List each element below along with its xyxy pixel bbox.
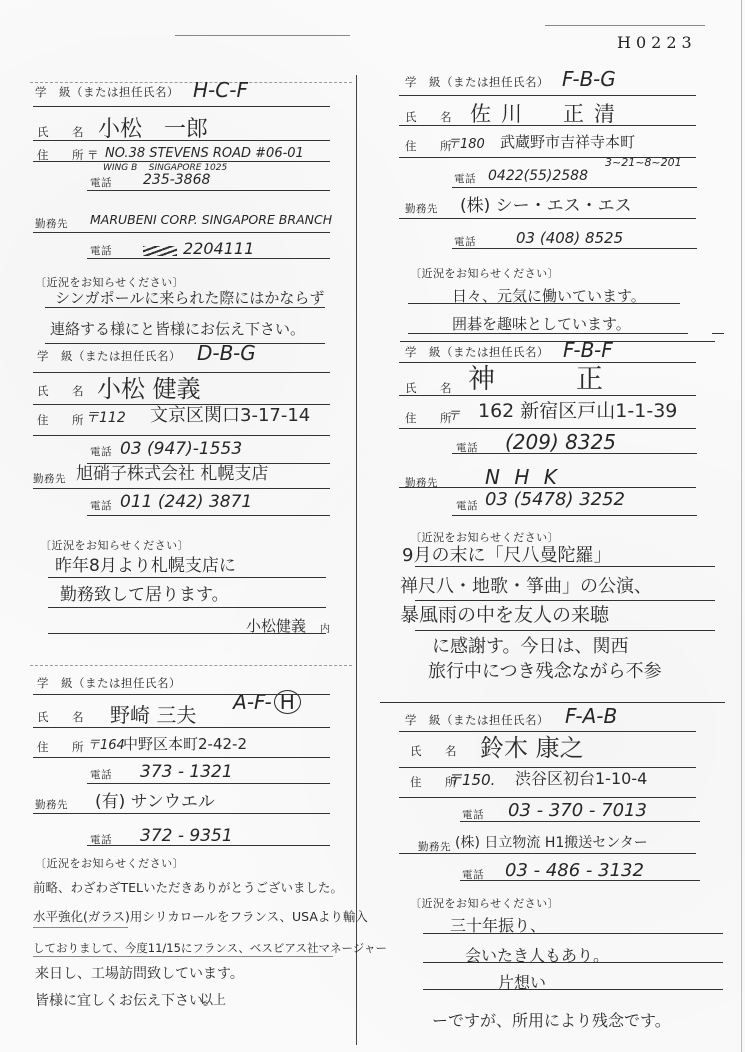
class-value: D-B-G	[197, 343, 256, 363]
news-underline	[45, 307, 325, 308]
phone-underline	[87, 190, 330, 191]
address-underline	[33, 435, 330, 436]
news-line: しておりまして、今度11/15にフランス、ベスビアス社マネージャー	[33, 943, 387, 955]
phone-underline	[87, 783, 330, 784]
workplace-label: 勤務先	[35, 219, 68, 230]
postal-code: 〒	[447, 410, 460, 423]
class-value: F-B-F	[563, 340, 613, 360]
workplace-value: (株) シー・エス・エス	[460, 198, 632, 215]
news-label: 〔近況をお知らせください〕	[40, 540, 189, 551]
phone-value: 373 - 1321	[140, 764, 233, 781]
name-underline	[33, 727, 330, 728]
news-underline	[48, 633, 326, 634]
phone-underline	[452, 453, 697, 454]
news-line: ーですが、所用により残念です。	[432, 1013, 671, 1029]
work-phone-value: 2204111	[183, 241, 254, 257]
name-underline	[33, 140, 330, 141]
workplace-value: (有) サンウエル	[95, 794, 215, 811]
news-line: シンガポールに来られた際にはかならず	[55, 291, 324, 306]
address-underline	[33, 757, 330, 758]
scan-edge-line	[175, 35, 350, 36]
class-underline	[399, 731, 696, 732]
news-line: 9月の末に「尺八曼陀羅」	[402, 547, 611, 565]
work-phone-label: 電話	[456, 501, 478, 512]
news-label: 〔近況をお知らせください〕	[410, 898, 559, 909]
workplace-label: 勤務先	[418, 842, 451, 853]
work-phone-label: 電話	[454, 237, 476, 248]
class-label: 学 級（または担任氏名）	[405, 715, 549, 727]
phone-value: 235-3868	[143, 173, 210, 187]
news-line: 三十年振り、	[450, 918, 546, 934]
news-label: 〔近況をお知らせください〕	[410, 268, 559, 279]
workplace-underline	[399, 853, 696, 854]
phone-label: 電話	[90, 770, 112, 781]
workplace-underline	[33, 488, 330, 489]
name-label: 氏 名	[405, 112, 458, 124]
work-phone-value: 372 - 9351	[140, 828, 233, 845]
workplace-value: N H K	[485, 467, 561, 487]
address-value: 武蔵野市吉祥寺本町	[500, 135, 635, 150]
news-line: 昨年8月より札幌支店に	[55, 558, 236, 575]
workplace-underline	[33, 813, 330, 814]
workplace-label: 勤務先	[33, 474, 66, 485]
name-label: 氏 名	[410, 746, 463, 758]
news-underline	[408, 303, 680, 304]
class-value: F-B-G	[562, 69, 616, 89]
work-phone-underline	[452, 248, 697, 249]
address-value: 162 新宿区戸山1-1-39	[478, 402, 677, 421]
postal-mark: 〒	[87, 150, 99, 162]
margin-dash	[712, 333, 724, 334]
news-line: 日々、元気に働いています。	[452, 289, 646, 304]
work-phone-label: 電話	[90, 246, 112, 257]
address-value: NO.38 STEVENS ROAD #06-01	[105, 147, 304, 160]
address-line2: 3~21~8~201	[605, 157, 682, 168]
news-underline	[423, 989, 723, 990]
news-underline	[408, 333, 688, 334]
scan-right-edge	[741, 0, 742, 1052]
card-top-border	[30, 665, 352, 666]
news-line: 皆様に宜しくお伝え下さい。	[35, 994, 217, 1008]
work-phone-underline	[460, 880, 700, 881]
news-label: 〔近況をお知らせください〕	[35, 858, 184, 869]
news-line: 来日し、工場訪問致しています。	[35, 967, 244, 981]
name-underline	[399, 125, 696, 126]
struck-out-text	[143, 246, 177, 256]
address-underline	[399, 428, 696, 429]
closing-remark: 以上	[200, 994, 226, 1007]
name-label: 氏 名	[37, 712, 90, 724]
news-underline	[423, 933, 723, 934]
card-top-border	[30, 82, 352, 83]
class-label: 学 級（または担任氏名）	[405, 77, 549, 89]
work-phone-value: 03 - 486 - 3132	[505, 862, 644, 880]
workplace-underline	[399, 218, 696, 219]
class-label: 学 級（または担任氏名）	[405, 347, 549, 359]
phone-underline	[460, 821, 700, 822]
work-phone-label: 電話	[462, 870, 484, 881]
news-label: 〔近況をお知らせください〕	[410, 532, 559, 543]
news-underline	[48, 577, 326, 578]
class-value: F-A-B	[565, 706, 617, 726]
class-label: 学 級（または担任氏名）	[37, 351, 181, 363]
news-underline	[415, 566, 715, 567]
news-line: 水平強化(ガラス)用シリカロールをフランス、USAより輸入	[33, 911, 368, 924]
postal-code: 〒180	[447, 138, 485, 151]
workplace-underline	[399, 487, 696, 488]
address-underline	[399, 797, 696, 798]
postal-code: 〒112	[85, 411, 126, 425]
news-underline	[415, 600, 715, 601]
phone-value: 03 - 370 - 7013	[508, 802, 647, 820]
phone-label: 電話	[90, 178, 112, 189]
column-divider	[356, 75, 357, 1045]
address-underline	[33, 161, 330, 162]
workplace-value: (株) 日立物流 H1搬送センター	[455, 836, 648, 850]
news-underline	[48, 607, 326, 608]
news-line: 連絡する様にと皆様にお伝え下さい。	[50, 322, 305, 337]
name-value: 神 正	[468, 366, 603, 393]
name-label: 氏 名	[37, 127, 90, 139]
work-phone-label: 電話	[90, 835, 112, 846]
name-value: 小松 健義	[97, 377, 201, 401]
address-value: 渋谷区初台1-10-4	[515, 771, 647, 787]
news-line: 囲碁を趣味としています。	[452, 317, 631, 332]
class-underline	[33, 694, 330, 695]
postal-code: 〒150.	[447, 773, 495, 788]
postal-code: 〒164	[87, 739, 125, 752]
workplace-underline	[33, 232, 330, 233]
workplace-label: 勤務先	[35, 800, 68, 811]
news-underline	[423, 962, 723, 963]
address-value: 文京区関口3-17-14	[150, 407, 310, 425]
news-line: 暴風雨の中を友人の来聴	[400, 606, 609, 625]
news-underline	[33, 927, 128, 928]
scanned-page: H0223 学 級（または担任氏名） H-C-F 氏 名 小松 一郎 住 所 〒…	[0, 0, 745, 1052]
name-value: 鈴木 康之	[480, 736, 584, 760]
news-underline	[45, 343, 325, 344]
name-value: 佐川 正清	[470, 104, 625, 125]
phone-label: 電話	[90, 447, 112, 458]
work-phone-value: 03 (408) 8525	[516, 231, 623, 246]
news-line: 前略、わざわざTELいただきありがとうございました。	[33, 882, 343, 895]
address-value: 中野区本町2-42-2	[123, 737, 247, 752]
phone-value: 03 (947)-1553	[120, 441, 242, 458]
phone-underline	[452, 187, 697, 188]
phone-label: 電話	[462, 810, 484, 821]
work-phone-value: 03 (5478) 3252	[485, 491, 625, 509]
workplace-value: 旭硝子株式会社 札幌支店	[76, 466, 268, 483]
class-underline	[399, 95, 696, 96]
scan-edge-line	[545, 25, 705, 26]
document-id: H0223	[617, 33, 697, 52]
name-label: 氏 名	[405, 383, 458, 395]
news-line: 旅行中につき残念ながら不参	[428, 663, 662, 681]
class-underline	[399, 362, 696, 363]
news-line: 禅尺八・地歌・箏曲」の公演、	[400, 578, 652, 596]
class-label: 学 級（または担任氏名）	[37, 678, 181, 690]
workplace-value: MARUBENI CORP. SINGAPORE BRANCH	[90, 214, 332, 227]
workplace-label: 勤務先	[405, 204, 438, 215]
news-line: に感謝す。今日は、関西	[432, 638, 629, 656]
news-label: 〔近況をお知らせください〕	[35, 277, 184, 288]
work-phone-underline	[87, 515, 330, 516]
phone-value: 0422(55)2588	[488, 169, 588, 183]
class-underline	[33, 106, 330, 107]
news-underline	[33, 956, 333, 957]
phone-label: 電話	[454, 174, 476, 185]
work-phone-underline	[87, 258, 330, 259]
name-value: 野崎 三夫	[110, 705, 196, 725]
card-bottom-border	[400, 341, 715, 342]
signature: 小松健義	[246, 619, 306, 634]
address-label: 住 所	[37, 742, 90, 754]
phone-label: 電話	[456, 443, 478, 454]
news-line: 勤務致して居ります。	[60, 587, 229, 604]
class-label: 学 級（または担任氏名）	[35, 87, 179, 99]
work-phone-value: 011 (242) 3871	[120, 494, 252, 511]
class-underline	[33, 372, 330, 373]
name-underline	[399, 767, 696, 768]
card-bottom-border	[380, 702, 725, 703]
address-label: 住 所	[37, 415, 90, 427]
work-phone-label: 電話	[90, 501, 112, 512]
name-label: 氏 名	[37, 386, 90, 398]
news-underline	[415, 630, 715, 631]
name-value: 小松 一郎	[98, 119, 208, 141]
work-phone-underline	[452, 515, 697, 516]
work-phone-underline	[87, 845, 330, 846]
class-value: H-C-F	[193, 80, 248, 100]
phone-value: (209) 8325	[505, 432, 616, 452]
name-underline	[399, 395, 696, 396]
address-label: 住 所	[37, 150, 90, 162]
class-value: A-F-H	[195, 670, 301, 734]
